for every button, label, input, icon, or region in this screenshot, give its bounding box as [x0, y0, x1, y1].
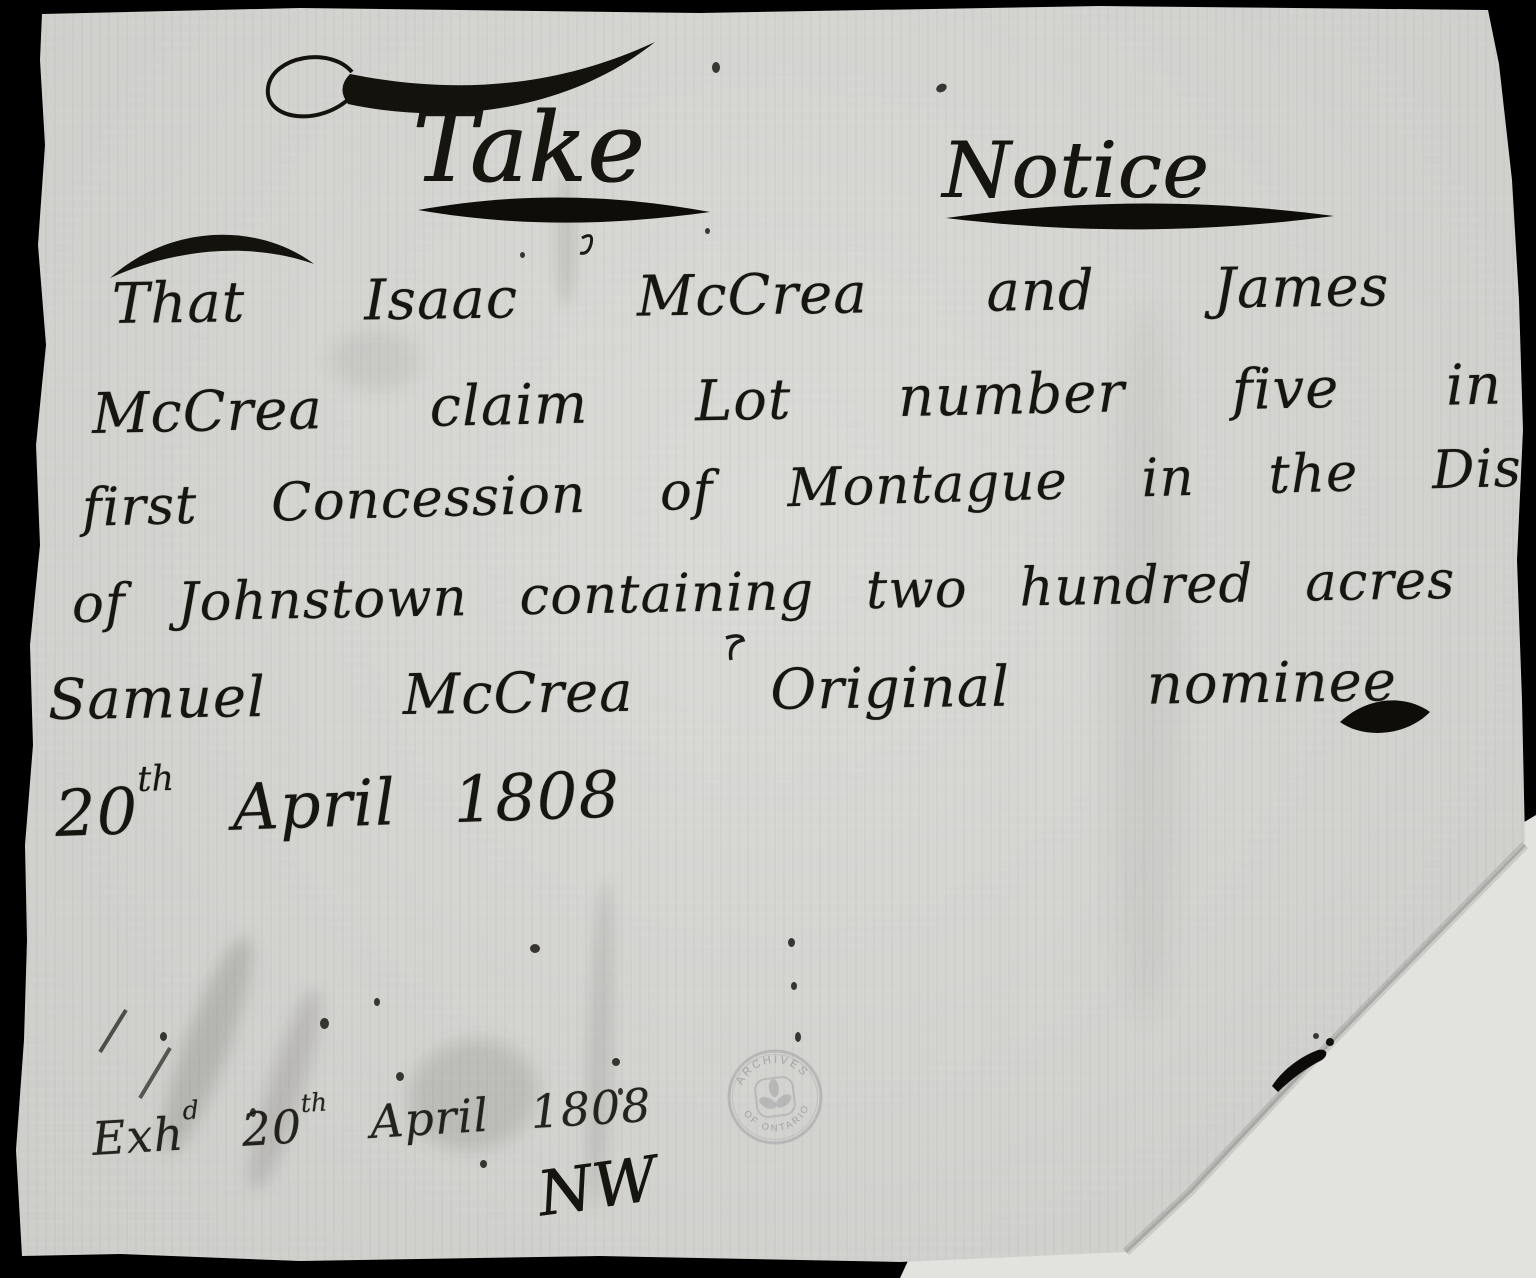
body-line: first Concession of Montague in the Dist…: [81, 434, 1536, 539]
ink-speck: [935, 82, 948, 94]
ink-speck: [160, 1032, 167, 1041]
ink-speck: [788, 938, 795, 947]
ink-speck: [618, 1088, 623, 1095]
ink-speck: [396, 1072, 404, 1081]
ink-speck: [791, 982, 797, 990]
body-line: of Johnstown containing two hundred acre…: [71, 550, 1455, 635]
date-line: 20th April 1808: [54, 758, 622, 852]
body-line: McCrea claim Lot number five in the: [91, 348, 1536, 447]
ink-speck: [374, 998, 380, 1006]
body-line: Samuel McCrea Original nominee: [48, 649, 1398, 733]
title-word-notice: Notice: [942, 126, 1209, 216]
examined-rest: April 1808: [368, 1078, 653, 1149]
examined-abbr-sup: d: [182, 1095, 200, 1125]
body-line: That Isaac McCrea and James: [112, 254, 1390, 337]
examined-abbr: Exh: [90, 1106, 185, 1166]
examiner-initials: NW: [533, 1142, 662, 1231]
ink-speck: [250, 1108, 256, 1117]
trillium-icon: [755, 1077, 795, 1113]
ink-speck: [530, 944, 540, 953]
date-day: 20: [54, 775, 140, 852]
archives-stamp: ARCHIVES OF ONTARIO: [708, 1030, 842, 1164]
examined-day: 20: [240, 1099, 304, 1157]
examined-day-sup: th: [300, 1087, 328, 1118]
title-word-take: Take: [412, 92, 645, 204]
ink-speck: [612, 1058, 620, 1066]
scanned-document-page: Take Notice That Isaac McCrea and James …: [0, 0, 1536, 1278]
ink-speck: [712, 62, 720, 73]
ink-speck: [320, 1018, 329, 1029]
date-rest: April 1808: [231, 758, 621, 845]
ink-speck: [480, 1160, 487, 1168]
ink-speck: [705, 228, 710, 234]
date-ordinal: th: [137, 758, 175, 800]
ink-speck: [520, 252, 525, 258]
